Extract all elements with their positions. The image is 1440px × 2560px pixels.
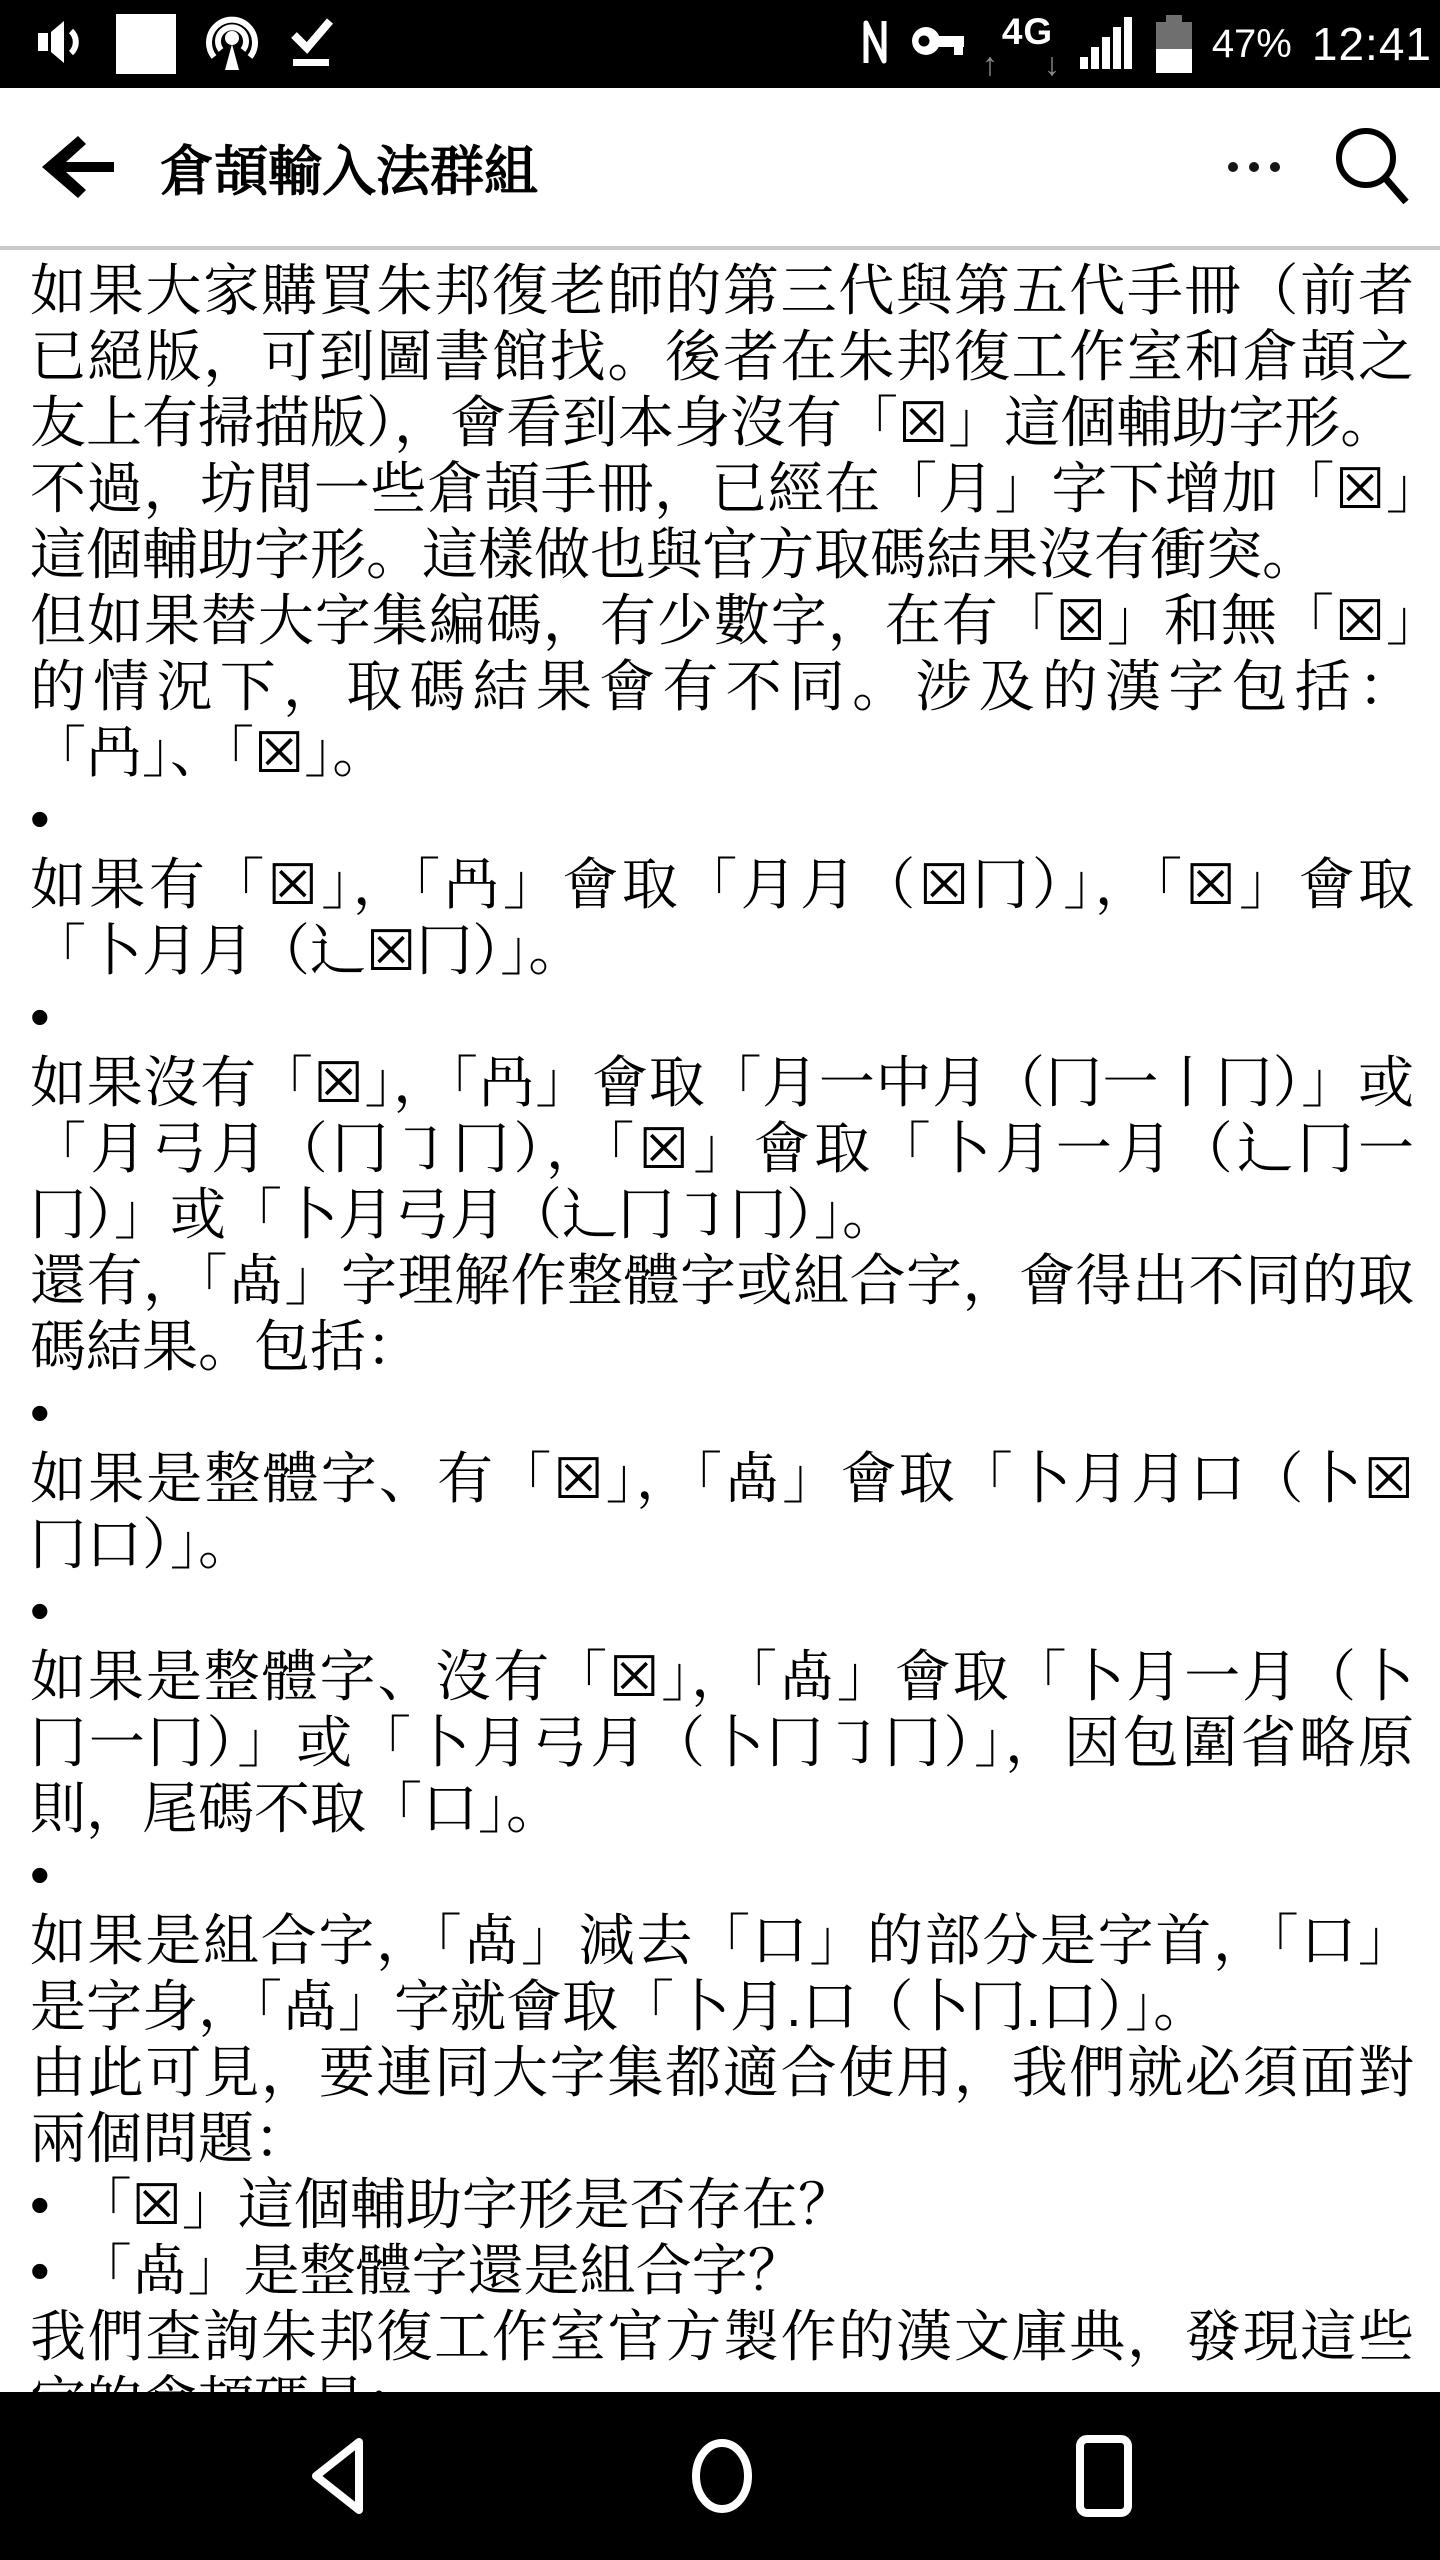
android-nav-bar <box>0 2392 1440 2560</box>
message-body[interactable]: 如果大家購買朱邦復老師的第三代與第五代手冊（前者已絕版，可到圖書館找。後者在朱邦… <box>0 250 1440 2392</box>
nav-home-button[interactable] <box>689 2435 755 2517</box>
list-item-text: 如果沒有「☒」，「冎」會取「月一中月（冂一丨冂）」或「月弓月（冂㇆冂），「☒」會… <box>30 1050 1414 1248</box>
more-options-icon <box>1270 162 1280 172</box>
list-item: • 如果是組合字，「卨」減去「口」的部分是字首，「口」是字身，「卨」字就會取「卜… <box>30 1842 1414 2040</box>
broadcast-icon <box>204 14 260 75</box>
more-options-icon <box>1249 162 1259 172</box>
status-bar-left <box>34 13 336 76</box>
paragraph: 但如果替大字集編碼，有少數字，在有「☒」和無「☒」的情況下，取碼結果會有不同。涉… <box>30 588 1414 786</box>
list-item-text: 如果是整體字、有「☒」，「卨」會取「卜月月口（卜☒冂口）」。 <box>30 1446 1414 1578</box>
bullet-dot: • <box>30 1578 1414 1644</box>
paragraph: 不過，坊間一些倉頡手冊，已經在「月」字下增加「☒」這個輔助字形。這樣做也與官方取… <box>30 456 1414 588</box>
paragraph: 我們查詢朱邦復工作室官方製作的漢文庫典，發現這些字的倉頡碼是： <box>30 2304 1414 2392</box>
more-options-icon <box>1228 162 1238 172</box>
battery-icon <box>1156 15 1192 73</box>
home-circle-icon <box>689 2435 755 2517</box>
nav-recents-button[interactable] <box>1075 2434 1133 2518</box>
nav-back-button[interactable] <box>307 2436 369 2516</box>
list-item: • 如果是整體字、有「☒」，「卨」會取「卜月月口（卜☒冂口）」。 <box>30 1380 1414 1578</box>
list-item-text: 「卨」是整體字還是組合字？ <box>76 2239 804 2302</box>
back-button[interactable] <box>38 134 118 200</box>
bullet-dot: • <box>30 1380 1414 1446</box>
back-triangle-icon <box>307 2436 369 2516</box>
bullet-dot: • <box>30 2239 50 2302</box>
list-item: • 如果是整體字、沒有「☒」，「卨」會取「卜月一月（卜冂一冂）」或「卜月弓月（卜… <box>30 1578 1414 1842</box>
download-complete-check-icon <box>288 13 336 76</box>
bullet-dot: • <box>30 984 1414 1050</box>
search-icon <box>1332 124 1412 206</box>
back-arrow-icon <box>38 134 118 200</box>
upload-arrow-icon: ↑ <box>982 46 998 83</box>
more-options-button[interactable] <box>1228 162 1280 172</box>
notification-square-icon <box>116 14 176 74</box>
list-item-text: 「☒」這個輔助字形是否存在？ <box>76 2173 854 2236</box>
paragraph: 還有，「卨」字理解作整體字或組合字，會得出不同的取碼結果。包括： <box>30 1248 1414 1380</box>
paragraph: 由此可見，要連同大字集都適合使用，我們就必須面對兩個問題： <box>30 2040 1414 2172</box>
list-item-text: 如果是整體字、沒有「☒」，「卨」會取「卜月一月（卜冂一冂）」或「卜月弓月（卜冂㇆… <box>30 1644 1414 1842</box>
bullet-dot: • <box>30 786 1414 852</box>
vpn-key-icon <box>910 22 966 67</box>
list-item-inline: •「☒」這個輔助字形是否存在？ <box>30 2172 1414 2238</box>
status-bar[interactable]: 4G ↑ ↓ 47% 12:41 <box>0 0 1440 88</box>
status-bar-right: 4G ↑ ↓ 47% 12:41 <box>860 11 1432 77</box>
bullet-dot: • <box>30 2173 50 2236</box>
list-item: • 如果有「☒」，「冎」會取「月月（☒冂）」，「☒」會取「卜月月（辶☒冂）」。 <box>30 786 1414 984</box>
download-arrow-icon: ↓ <box>1044 46 1060 83</box>
paragraph: 如果大家購買朱邦復老師的第三代與第五代手冊（前者已絕版，可到圖書館找。後者在朱邦… <box>30 258 1414 456</box>
nfc-icon <box>860 17 890 72</box>
recents-square-icon <box>1075 2434 1133 2518</box>
list-item: • 如果沒有「☒」，「冎」會取「月一中月（冂一丨冂）」或「月弓月（冂㇆冂），「☒… <box>30 984 1414 1248</box>
signal-strength-icon <box>1078 15 1136 74</box>
bullet-dot: • <box>30 1842 1414 1908</box>
clock-label: 12:41 <box>1312 17 1432 71</box>
volume-icon <box>34 16 88 73</box>
network-type-indicator: 4G ↑ ↓ <box>986 11 1058 77</box>
page-title: 倉頡輸入法群組 <box>160 129 1228 206</box>
list-item-text: 如果有「☒」，「冎」會取「月月（☒冂）」，「☒」會取「卜月月（辶☒冂）」。 <box>30 852 1414 984</box>
battery-percent-label: 47% <box>1212 22 1292 67</box>
phone-screen: 4G ↑ ↓ 47% 12:41 <box>0 0 1440 2560</box>
list-item-inline: •「卨」是整體字還是組合字？ <box>30 2238 1414 2304</box>
app-header: 倉頡輸入法群組 <box>0 88 1440 246</box>
search-button[interactable] <box>1332 124 1412 211</box>
list-item-text: 如果是組合字，「卨」減去「口」的部分是字首，「口」是字身，「卨」字就會取「卜月.… <box>30 1908 1414 2040</box>
